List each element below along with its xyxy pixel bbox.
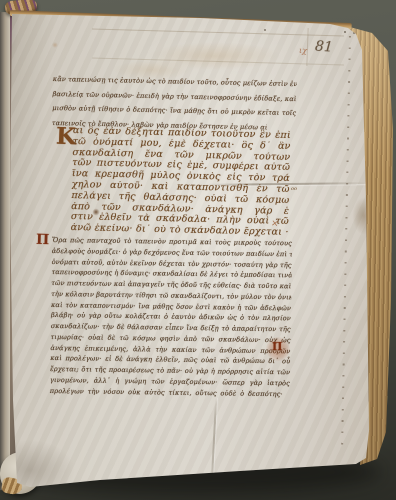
- corner-dots: [264, 29, 266, 31]
- vertical-crease: [211, 398, 217, 480]
- ruling-line: [92, 28, 344, 36]
- superscript-abbreviation: οο: [291, 186, 297, 192]
- folio-number: 81: [314, 38, 333, 55]
- gospel-lemma-text: αι ὃς ἐὰν δέξηται παιδίον τοιοῦτον ἓν ἐπ…: [71, 126, 291, 239]
- folio-corner-mark: ιχ: [299, 46, 307, 55]
- commentary-initial: Π: [36, 232, 50, 248]
- manuscript-photo: ιχ 81 κἂν ταπεινώσῃ τις ἑαυτὸν ὡς τὸ παι…: [0, 0, 396, 500]
- manuscript-page: ιχ 81 κἂν ταπεινώσῃ τις ἑαυτὸν ὡς τὸ παι…: [0, 0, 396, 500]
- bottom-commentary-text: Ὅρα πῶς πανταχοῦ τὸ ταπεινὸν προτιμᾶ καὶ…: [50, 235, 292, 400]
- paragraph-mark: Π: [272, 340, 282, 353]
- rust-cross-mark: ×: [270, 219, 279, 230]
- pricking-dots: [341, 36, 351, 448]
